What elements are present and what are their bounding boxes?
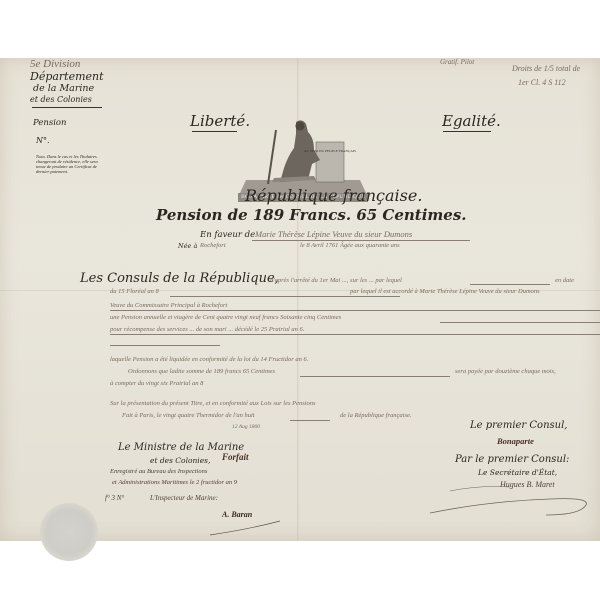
ordonnons-line: Ordonnons que ladite somme de 189 francs… (128, 368, 275, 375)
rule-line-1 (470, 284, 550, 285)
baran-flourish-icon (200, 513, 300, 543)
department-underline (32, 107, 102, 108)
body-line-1-end: en date (555, 277, 574, 284)
birth-date: le 8 Avril 1761 Âgée aux quarante ans (300, 242, 400, 249)
nota-text: Nota. Dans le cas et les Titulaires chan… (36, 154, 108, 174)
bonaparte-signature: Bonaparte (497, 436, 534, 446)
forfait-signature: Forfait (222, 452, 249, 462)
body-line-4: une Pension annuelle et viagère de Cent … (110, 314, 341, 321)
birthplace: Rochefort (200, 242, 226, 249)
body-line-1-tail: d'après l'arrêté du 1er Mai ..., sur les… (270, 277, 402, 284)
ministre-line-2: et des Colonies, (150, 456, 210, 465)
pension-label: Pension (33, 118, 67, 128)
body-line-2-tail: par lequel il est accordé à Marie Thérès… (350, 288, 540, 295)
rule-line-5b (110, 345, 220, 346)
body-line-3: Veuve du Commissaire Principal à Rochefo… (110, 302, 227, 309)
seated-liberty-figure-icon: AU NOM DU PEUPLE FRANÇAIS (238, 118, 368, 194)
body-line-2: du 15 Floréal an 8 (110, 288, 159, 295)
motto-egalite: Egalité. (442, 112, 501, 130)
enregistre-line-2: et Administrations Maritimes le 2 fructi… (112, 479, 237, 486)
pension-certificate: 5e Division Département de la Marine et … (0, 58, 600, 541)
rule-fait (290, 420, 330, 421)
date-note: 12 Aug 1800 (232, 424, 260, 430)
consuls-opening: Les Consuls de la République, (80, 271, 279, 286)
secretaire-label: Le Secrétaire d'État, (478, 468, 557, 477)
nee-label: Née à (178, 242, 197, 250)
corner-note-line-1: Droits de 1/5 total de (512, 64, 580, 73)
rule-line-4 (440, 322, 600, 323)
egalite-underline (443, 131, 491, 132)
body-line-5: pour récompense des services ... de son … (110, 326, 304, 333)
presentation-line: Sur la présentation du présent Titre, et… (110, 400, 316, 407)
compter-line: à compter du vingt six Prairial an 8 (110, 380, 203, 387)
rule-line-3 (110, 310, 600, 311)
inspecteur-label: L'Inspecteur de Marine: (150, 494, 218, 502)
fait-a-paris-line: Fait à Paris, le vingt quatre Thermidor … (122, 412, 255, 419)
department-line-3: et des Colonies (30, 95, 92, 104)
department-line-2: de la Marine (33, 83, 94, 94)
pension-amount-title: Pension de 189 Francs. 65 Centimes. (156, 206, 467, 224)
ordonnons-tail: sera payée par douzième chaque mois, (455, 368, 556, 375)
department-line-1: Département (30, 70, 104, 83)
beneficiary-rule (252, 240, 470, 241)
number-label: N°. (36, 136, 50, 145)
rule-line-2 (170, 296, 400, 297)
body-line-6: laquelle Pension a été liquidée en confo… (110, 356, 308, 363)
rule-ordonnons (300, 376, 450, 377)
folio-number: f° 3 N° (105, 494, 124, 502)
embossed-seal (40, 503, 98, 561)
division-label: 5e Division (30, 58, 80, 70)
top-right-note: Gratif. Pilot (440, 58, 474, 66)
rule-line-5 (110, 334, 600, 335)
par-le-premier-consul: Par le premier Consul: (455, 454, 569, 465)
vignette-tablet-text: AU NOM DU PEUPLE FRANÇAIS (304, 149, 356, 153)
signature-flourish-icon (420, 483, 600, 543)
liberte-underline (192, 131, 237, 132)
republique-francaise-title: République française. (245, 186, 422, 205)
premier-consul-label: Le premier Consul, (470, 420, 567, 431)
fait-tail: de la République française. (340, 412, 411, 419)
en-faveur-label: En faveur de (200, 230, 255, 240)
enregistre-line-1: Enregistré au Bureau des Inspections (110, 468, 207, 475)
beneficiary-name: Marie Thérèse Lépine Veuve du sieur Dumo… (255, 229, 412, 239)
corner-note-line-2: 1er Cl. 4 S 112 (518, 78, 566, 87)
